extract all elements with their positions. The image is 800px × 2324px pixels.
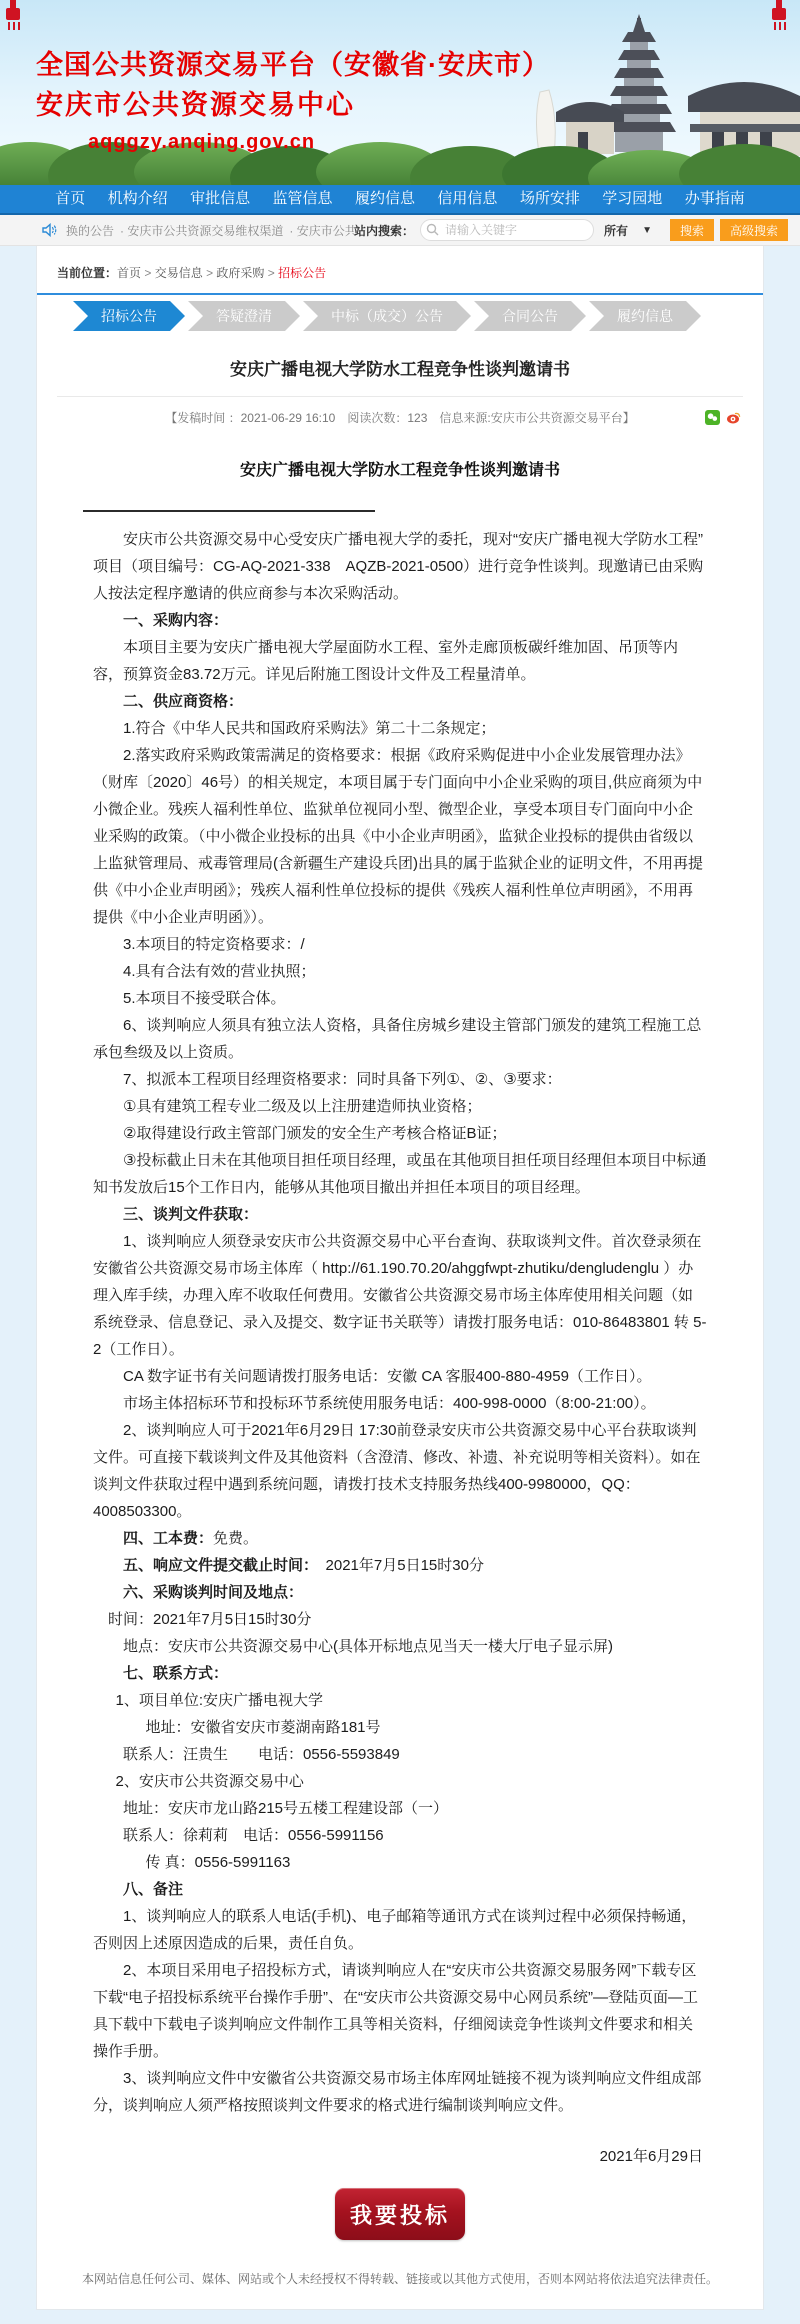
speaker-icon xyxy=(42,223,58,237)
article-paragraph: 本项目主要为安庆广播电视大学屋面防水工程、室外走廊顶板碳纤维加固、吊顶等内容，预… xyxy=(93,634,707,688)
text-run: CA 数字证书有关问题请拨打服务电话：安徽 CA 客服400-880-4959（… xyxy=(123,1368,651,1385)
nav-item[interactable]: 机构介绍 xyxy=(108,185,168,213)
article-paragraph: 3.本项目的特定资格要求：/ xyxy=(93,931,707,958)
text-run: 地址：安庆市龙山路215号五楼工程建设部（一） xyxy=(123,1800,448,1817)
article-paragraph: 安庆市公共资源交易中心受安庆广播电视大学的委托，现对“安庆广播电视大学防水工程”… xyxy=(93,526,707,607)
nav-item[interactable]: 场所安排 xyxy=(520,185,580,213)
ticker-item[interactable]: · 安庆市公共资源交易中心政府采 xyxy=(289,224,354,238)
article-paragraph: 2、谈判响应人可于2021年6月29日 17:30前登录安庆市公共资源交易中心平… xyxy=(93,1417,707,1525)
search-button[interactable]: 搜索 xyxy=(670,219,714,241)
breadcrumb-separator: > xyxy=(141,266,155,280)
nav-item[interactable]: 审批信息 xyxy=(190,185,250,213)
text-run: 七、联系方式： xyxy=(123,1665,228,1682)
article-paragraph: 地址：安徽省安庆市菱湖南路181号 xyxy=(93,1714,707,1741)
breadcrumb-current: 招标公告 xyxy=(278,266,326,280)
text-run: 四、工本费： xyxy=(123,1530,213,1547)
text-run: 市场主体招标环节和投标环节系统使用服务电话：400-998-0000（8:00-… xyxy=(123,1395,656,1412)
nav-item[interactable]: 首页 xyxy=(55,185,85,213)
article-paragraph: 1、谈判响应人的联系人电话(手机)、电子邮箱等通讯方式在谈判过程中必须保持畅通，… xyxy=(93,1903,707,1957)
article-paragraph: 6、谈判响应人须具有独立法人资格，具备住房城乡建设主管部门颁发的建筑工程施工总承… xyxy=(93,1012,707,1066)
breadcrumb-divider xyxy=(37,293,763,295)
bid-button[interactable]: 我要投标 xyxy=(335,2188,465,2240)
tab-active[interactable]: 招标公告 xyxy=(73,301,185,331)
document-title: 安庆广播电视大学防水工程竞争性谈判邀请书 xyxy=(57,457,743,480)
article-paragraph: 联系人：徐莉莉 电话：0556-5991156 xyxy=(93,1822,707,1849)
text-run: 传 真：0556-5991163 xyxy=(146,1854,291,1871)
text-run: 1.符合《中华人民共和国政府采购法》第二十二条规定； xyxy=(123,720,496,737)
document-date: 2021年6月29日 xyxy=(57,2119,743,2166)
wechat-share-icon[interactable] xyxy=(705,410,720,425)
title-divider xyxy=(57,396,743,397)
text-run: 一、采购内容： xyxy=(123,612,228,629)
text-run: ①具有建筑工程专业二级及以上注册建造师执业资格； xyxy=(123,1098,481,1115)
nav-item[interactable]: 监管信息 xyxy=(273,185,333,213)
search-scope-value: 所有 xyxy=(604,222,628,239)
tab-item[interactable]: 中标（成交）公告 xyxy=(303,301,471,331)
tab-item[interactable]: 履约信息 xyxy=(589,301,701,331)
article-paragraph: 市场主体招标环节和投标环节系统使用服务电话：400-998-0000（8:00-… xyxy=(93,1390,707,1417)
text-run: 2、谈判响应人可于2021年6月29日 17:30前登录安庆市公共资源交易中心平… xyxy=(93,1422,701,1520)
site-title-line2: 安庆市公共资源交易中心 xyxy=(36,92,550,119)
weibo-share-icon[interactable] xyxy=(726,410,741,425)
site-url: aqggzy.anqing.gov.cn xyxy=(88,132,550,152)
search-box xyxy=(420,219,594,241)
text-run: 五、响应文件提交截止时间： xyxy=(123,1557,311,1574)
text-run: ③投标截止日未在其他项目担任项目经理，或虽在其他项目担任项目经理但本项目中标通知… xyxy=(93,1152,706,1196)
chevron-down-icon: ▼ xyxy=(642,225,652,236)
article-paragraph: 地点：安庆市公共资源交易中心(具体开标地点见当天一楼大厅电子显示屏) xyxy=(93,1633,707,1660)
article-paragraph: 联系人：汪贵生 电话：0556-5593849 xyxy=(93,1741,707,1768)
article-paragraph: 时间：2021年7月5日15时30分 xyxy=(93,1606,707,1633)
article-paragraph: ②取得建设行政主管部门颁发的安全生产考核合格证B证； xyxy=(93,1120,707,1147)
text-run: 六、采购谈判时间及地点： xyxy=(123,1584,303,1601)
article-paragraph: 2、安庆市公共资源交易中心 xyxy=(93,1768,707,1795)
text-run: 三、谈判文件获取： xyxy=(123,1206,258,1223)
breadcrumb-label: 当前位置： xyxy=(57,266,117,280)
article-paragraph: 四、工本费：免费。 xyxy=(93,1525,707,1552)
article-paragraph: 三、谈判文件获取： xyxy=(93,1201,707,1228)
bid-row: 我要投标 xyxy=(57,2188,743,2240)
article-paragraph: CA 数字证书有关问题请拨打服务电话：安徽 CA 客服400-880-4959（… xyxy=(93,1363,707,1390)
nav-item[interactable]: 履约信息 xyxy=(355,185,415,213)
text-run: 3.本项目的特定资格要求：/ xyxy=(123,936,305,953)
text-run: 1、谈判响应人须登录安庆市公共资源交易中心平台查询、获取谈判文件。首次登录须在安… xyxy=(93,1233,706,1358)
category-tabs: 招标公告答疑澄清中标（成交）公告合同公告履约信息 xyxy=(73,301,763,331)
article-paragraph: 六、采购谈判时间及地点： xyxy=(93,1579,707,1606)
main-nav: 首页机构介绍审批信息监管信息履约信息信用信息场所安排学习园地办事指南 xyxy=(0,185,800,215)
page-title: 安庆广播电视大学防水工程竞争性谈判邀请书 xyxy=(57,355,743,380)
nav-item[interactable]: 办事指南 xyxy=(685,185,745,213)
site-title-line1: 全国公共资源交易平台（安徽省·安庆市） xyxy=(36,52,550,79)
breadcrumb: 当前位置：首页 > 交易信息 > 政府采购 > 招标公告 xyxy=(37,246,763,281)
article-paragraph: 4.具有合法有效的营业执照； xyxy=(93,958,707,985)
article-paragraph: 7、拟派本工程项目经理资格要求：同时具备下列①、②、③要求： xyxy=(93,1066,707,1093)
breadcrumb-link[interactable]: 首页 xyxy=(117,266,141,280)
text-run: 2021年7月5日15时30分 xyxy=(311,1557,484,1574)
article-paragraph: 2.落实政府采购政策需满足的资格要求：根据《政府采购促进中小企业发展管理办法》（… xyxy=(93,742,707,931)
text-run: 地点：安庆市公共资源交易中心(具体开标地点见当天一楼大厅电子显示屏) xyxy=(123,1638,613,1655)
text-run: 5.本项目不接受联合体。 xyxy=(123,990,286,1007)
text-run: 本项目主要为安庆广播电视大学屋面防水工程、室外走廊顶板碳纤维加固、吊顶等内容，预… xyxy=(93,639,678,683)
article-paragraph: 1、项目单位:安庆广播电视大学 xyxy=(93,1687,707,1714)
share-icons xyxy=(705,410,741,425)
text-run: 二、供应商资格： xyxy=(123,693,243,710)
text-run: 地址：安徽省安庆市菱湖南路181号 xyxy=(146,1719,381,1736)
breadcrumb-link[interactable]: 政府采购 xyxy=(216,266,264,280)
text-run: 6、谈判响应人须具有独立法人资格，具备住房城乡建设主管部门颁发的建筑工程施工总承… xyxy=(93,1017,701,1061)
breadcrumb-links: 首页 > 交易信息 > 政府采购 > 招标公告 xyxy=(117,266,326,280)
text-run: 1、谈判响应人的联系人电话(手机)、电子邮箱等通讯方式在谈判过程中必须保持畅通，… xyxy=(93,1908,696,1952)
article-paragraph: 五、响应文件提交截止时间： 2021年7月5日15时30分 xyxy=(93,1552,707,1579)
search-scope-select[interactable]: 所有 ▼ xyxy=(604,222,652,239)
nav-item[interactable]: 学习园地 xyxy=(602,185,662,213)
article-paragraph: ③投标截止日未在其他项目担任项目经理，或虽在其他项目担任项目经理但本项目中标通知… xyxy=(93,1147,707,1201)
article-paragraph: 3、谈判响应文件中安徽省公共资源交易市场主体库网址链接不视为谈判响应文件组成部分… xyxy=(93,2065,707,2119)
text-run: 4.具有合法有效的营业执照； xyxy=(123,963,316,980)
text-run: 时间：2021年7月5日15时30分 xyxy=(108,1611,311,1628)
text-run: 免费。 xyxy=(213,1530,258,1547)
nav-item[interactable]: 信用信息 xyxy=(437,185,497,213)
content-container: 当前位置：首页 > 交易信息 > 政府采购 > 招标公告 招标公告答疑澄清中标（… xyxy=(36,246,764,2310)
text-run: 联系人：汪贵生 电话：0556-5593849 xyxy=(123,1746,400,1763)
tab-item[interactable]: 合同公告 xyxy=(474,301,586,331)
article-paragraph: ①具有建筑工程专业二级及以上注册建造师执业资格； xyxy=(93,1093,707,1120)
search-label: 站内搜索： xyxy=(354,222,414,239)
ticker-item[interactable]: · 安庆市公共资源交易维权渠道 xyxy=(120,224,283,238)
text-run: 1、项目单位:安庆广播电视大学 xyxy=(116,1692,324,1709)
article-paragraph: 二、供应商资格： xyxy=(93,688,707,715)
text-run: 安庆市公共资源交易中心受安庆广播电视大学的委托，现对“安庆广播电视大学防水工程”… xyxy=(93,531,703,602)
article-paragraph: 1.符合《中华人民共和国政府采购法》第二十二条规定； xyxy=(93,715,707,742)
copyright-note: 本网站信息任何公司、媒体、网站或个人未经授权不得转载、链接或以其他方式使用，否则… xyxy=(57,2270,743,2295)
article-paragraph: 地址：安庆市龙山路215号五楼工程建设部（一） xyxy=(93,1795,707,1822)
text-run: 八、备注 xyxy=(123,1881,183,1898)
text-run: 2、本项目采用电子招投标方式，请谈判响应人在“安庆市公共资源交易服务网”下载专区… xyxy=(93,1962,698,2060)
text-run: 2、安庆市公共资源交易中心 xyxy=(116,1773,304,1790)
magnifier-icon xyxy=(426,223,439,236)
announcement-ticker: 换的公告· 安庆市公共资源交易维权渠道· 安庆市公共资源交易中心政府采 xyxy=(42,222,354,239)
article-meta: 【发稿时间 ：2021-06-29 16:10 阅读次数：123 信息来源:安庆… xyxy=(165,411,634,425)
site-search: 站内搜索： 所有 ▼ 搜索 高级搜索 xyxy=(354,219,788,241)
advanced-search-button[interactable]: 高级搜索 xyxy=(720,219,788,241)
ticker-text: 换的公告· 安庆市公共资源交易维权渠道· 安庆市公共资源交易中心政府采 xyxy=(66,222,354,239)
article: 安庆广播电视大学防水工程竞争性谈判邀请书 【发稿时间 ：2021-06-29 1… xyxy=(37,355,763,2295)
search-input[interactable] xyxy=(443,222,565,238)
article-paragraph: 1、谈判响应人须登录安庆市公共资源交易中心平台查询、获取谈判文件。首次登录须在安… xyxy=(93,1228,707,1363)
text-run: 联系人：徐莉莉 电话：0556-5991156 xyxy=(123,1827,384,1844)
tab-item[interactable]: 答疑澄清 xyxy=(188,301,300,331)
breadcrumb-link[interactable]: 交易信息 xyxy=(155,266,203,280)
breadcrumb-separator: > xyxy=(264,266,278,280)
ticker-item[interactable]: 换的公告 xyxy=(66,224,114,238)
breadcrumb-separator: > xyxy=(203,266,217,280)
site-header: 全国公共资源交易平台（安徽省·安庆市） 安庆市公共资源交易中心 aqggzy.a… xyxy=(0,0,800,185)
text-run: 3、谈判响应文件中安徽省公共资源交易市场主体库网址链接不视为谈判响应文件组成部分… xyxy=(93,2070,701,2114)
article-body: 安庆市公共资源交易中心受安庆广播电视大学的委托，现对“安庆广播电视大学防水工程”… xyxy=(57,512,743,2119)
article-meta-row: 【发稿时间 ：2021-06-29 16:10 阅读次数：123 信息来源:安庆… xyxy=(57,409,743,427)
article-paragraph: 七、联系方式： xyxy=(93,1660,707,1687)
sub-bar: 换的公告· 安庆市公共资源交易维权渠道· 安庆市公共资源交易中心政府采 站内搜索… xyxy=(0,215,800,246)
article-paragraph: 2、本项目采用电子招投标方式，请谈判响应人在“安庆市公共资源交易服务网”下载专区… xyxy=(93,1957,707,2065)
article-paragraph: 一、采购内容： xyxy=(93,607,707,634)
text-run: ②取得建设行政主管部门颁发的安全生产考核合格证B证； xyxy=(123,1125,506,1142)
article-paragraph: 传 真：0556-5991163 xyxy=(93,1849,707,1876)
page-bottom-strip xyxy=(0,2310,800,2324)
article-paragraph: 5.本项目不接受联合体。 xyxy=(93,985,707,1012)
article-paragraph: 八、备注 xyxy=(93,1876,707,1903)
text-run: 2.落实政府采购政策需满足的资格要求：根据《政府采购促进中小企业发展管理办法》（… xyxy=(93,747,703,926)
text-run: 7、拟派本工程项目经理资格要求：同时具备下列①、②、③要求： xyxy=(123,1071,562,1088)
